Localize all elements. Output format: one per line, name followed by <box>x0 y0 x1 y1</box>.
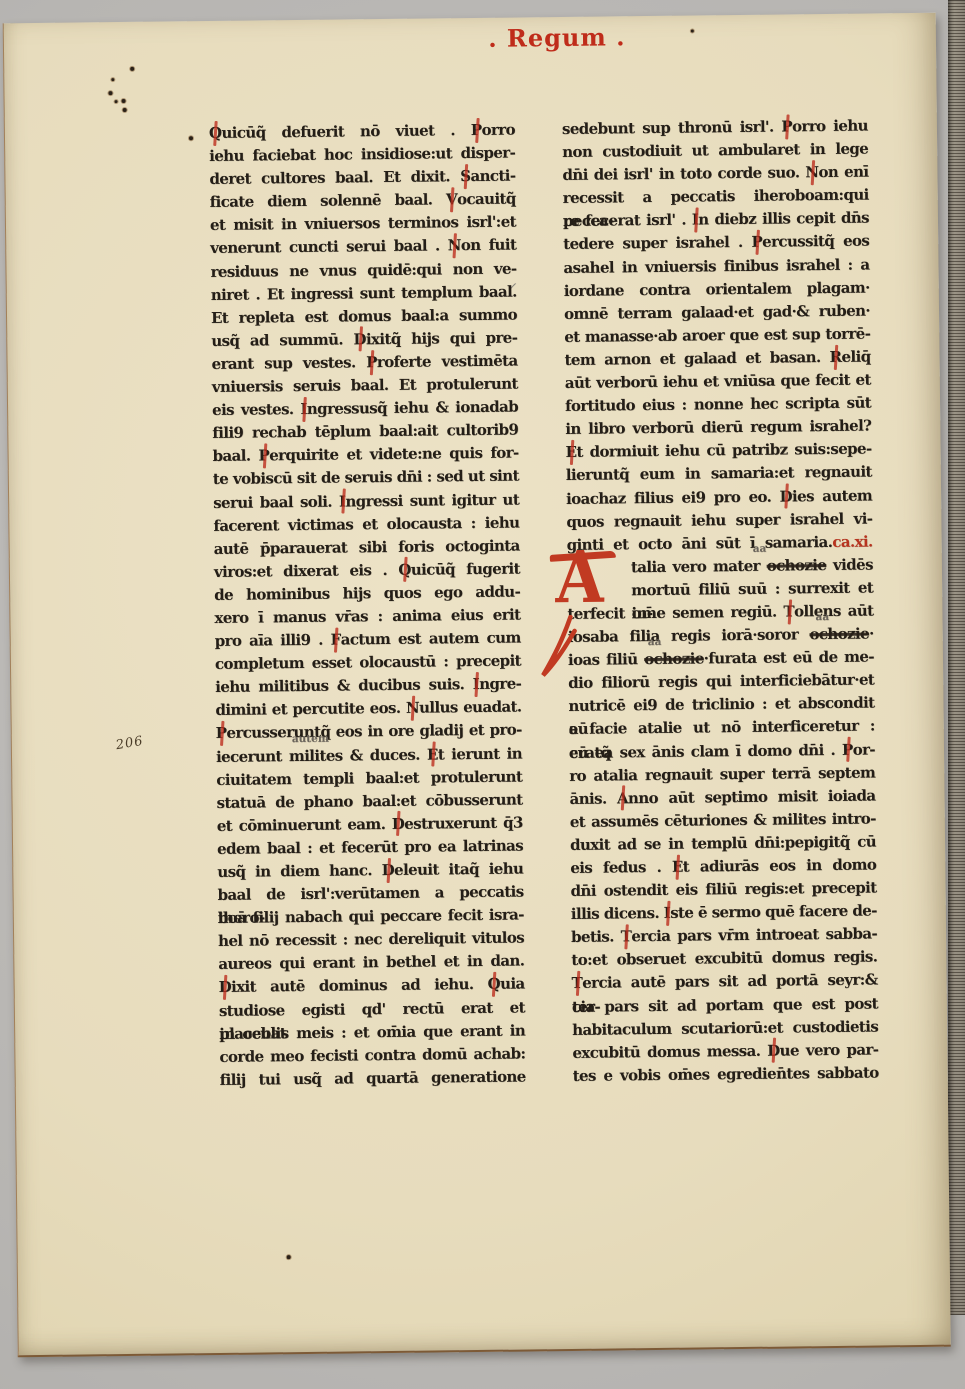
red-chapter-marker: ca.xi. <box>832 532 873 550</box>
text-line: Et dormiuit iehu cū patribz suis:sepe- <box>565 438 871 465</box>
text-line: studiose egisti qd' rectū erat et placeb… <box>219 996 525 1023</box>
text-line: xero ī manus vr̄as : anima eius erit <box>214 603 520 630</box>
interlinear-correction: aa <box>815 612 829 623</box>
text-line: et misit in vniuersos terminos isrl':et <box>210 211 516 238</box>
text-line: tedere super israhel . Percussitq̃ eos <box>563 230 869 257</box>
rubricated-capital: T <box>571 972 582 995</box>
rubricated-capital: E <box>672 856 683 879</box>
rubricated-capital: N <box>448 235 461 258</box>
text-line: vniuersis seruis baal. Et protulerunt <box>212 373 518 400</box>
rubricated-capital: D <box>392 813 405 836</box>
rubricated-capital: S <box>460 165 470 188</box>
book-fore-edge-pages <box>948 0 965 1315</box>
wormhole <box>691 30 694 33</box>
struck-word: ochozie <box>809 625 869 644</box>
text-line: autē p̄parauerat sibi foris octoginta <box>214 534 520 561</box>
text-line: venerunt cuncti serui baal . Non fuit <box>210 234 516 261</box>
text-line: iecerunt milites & duces. Et ierunt in <box>216 742 522 769</box>
text-line: aūt verborū iehu et vniūsa que fecit et <box>565 369 871 396</box>
text-line: cia pars sit ad portam que est post <box>572 992 878 1019</box>
text-line: betis. Tercia pars vr̄m introeat sabba- <box>571 923 877 950</box>
text-line: usq̃ ad summū. Dixitq̃ hijs qui pre- <box>211 326 517 353</box>
rubricated-capital: V <box>446 188 457 211</box>
text-line: viros:et dixerat eis . Quicūq̃ fugerit <box>214 557 520 584</box>
text-line: de hominibus hijs quos ego addu- <box>214 580 520 607</box>
text-line: eis vestes. Ingressusq̃ iehu & ionadab <box>212 396 518 423</box>
text-line: Et repleta est domus baal:a summo <box>211 303 517 330</box>
text-line: iordane contra orientalem plagam· <box>564 276 870 303</box>
text-line: pro aīa illi9 . Factum est autem cum <box>215 627 521 654</box>
text-line: boā filij nabach qui peccare fecit isra- <box>218 904 524 931</box>
interlinear-correction: aa <box>753 544 767 555</box>
text-line: sedebunt sup thronū isrl'. Porro iehu <box>562 115 868 142</box>
rubricated-capital: N <box>406 697 419 720</box>
rubricated-capital: P <box>781 115 792 138</box>
text-line: filij tui usq̃ ad quartā generatione <box>220 1065 526 1092</box>
text-line: ciuitatem templi baal:et protulerunt <box>216 765 522 792</box>
text-line: cū ea sex ānis clam ī domo dn̄i . Por- <box>569 738 875 765</box>
text-line: fortitudo eius : nonne hec scripta sūt <box>565 392 871 419</box>
rubricated-capital: I <box>664 902 671 925</box>
text-line: erant sup vestes. Proferte vestimēta <box>211 349 517 376</box>
text-line: Quicūq̃ defuerit nō viuet . Porro <box>209 119 515 146</box>
text-line: deret cultores baal. Et dixit. Sancti- <box>209 165 515 192</box>
text-line: tes e vobis om̄es egredien̄tes sabbato <box>573 1061 879 1088</box>
text-line: ro atalia regnauit super terrā septem <box>569 761 875 788</box>
text-line: statuā de phano baal:et cōbusserunt <box>216 788 522 815</box>
text-line: asahel in vniuersis finibus israhel : a <box>563 253 869 280</box>
text-line: iehu faciebat hoc insidiose:ut disper- <box>209 142 515 169</box>
manuscript-page: . Regum . 206 ✓ Quicūq̃ defuerit nō viue… <box>3 13 951 1357</box>
text-line: baal de isrl':verūtamen a peccatis ihero… <box>217 881 523 908</box>
text-line: et manasse·ab aroer que est sup torrē- <box>564 322 870 349</box>
text-line: dn̄i ostendit eis filiū regis:et precepi… <box>570 877 876 904</box>
text-line: et cōminuerunt eam. Destruxerunt q̄3 <box>217 811 523 838</box>
interlinear-correction: autem <box>292 733 329 744</box>
rubricated-capital: D <box>219 976 232 999</box>
rubricated-capital: P <box>471 119 482 142</box>
chapter-initial-A: A <box>550 550 630 711</box>
text-line: eis fedus . Et adiurās eos in domo <box>570 853 876 880</box>
text-line: corde meo fecisti contra domū achab: <box>219 1042 525 1069</box>
initial-letter: A <box>555 542 604 614</box>
wormhole <box>108 91 112 95</box>
text-line: illis dicens. Iste ē sermo quē facere de… <box>571 900 877 927</box>
text-line: facerent victimas et olocausta : iehu <box>213 511 519 538</box>
text-line: tem arnon et galaad et basan. Reliq̄ <box>564 345 870 372</box>
rubricated-capital: D <box>353 328 366 351</box>
wormholes <box>4 13 936 24</box>
photo-backdrop: . Regum . 206 ✓ Quicūq̃ defuerit nō viue… <box>0 0 965 1389</box>
text-line: lieruntq̃ eum in samaria:et regnauit <box>566 461 872 488</box>
text-line: iehu militibus & ducibus suis. Ingre- <box>215 673 521 700</box>
text-line: baal. Perquirite et videte:ne quis for- <box>212 442 518 469</box>
rubricated-capital: A <box>617 787 628 810</box>
rubricated-capital: F <box>330 629 340 652</box>
text-line: Tercia autē pars sit ad portā seyr:& ter… <box>571 969 877 996</box>
text-line: dn̄i dei isrl' in toto corde suo. Non en… <box>562 161 868 188</box>
struck-word: ochozie <box>767 556 827 575</box>
text-line: duxit ad se in templū dn̄i:pepigitq̃ cū <box>570 830 876 857</box>
text-line: in libro verborū dierū regum israhel? <box>565 415 871 442</box>
rubricated-capital: T <box>621 926 632 949</box>
text-line: to:et obseruet excubitū domus regis. <box>571 946 877 973</box>
text-line: omnē terram galaad·et gad·& ruben· <box>564 299 870 326</box>
wormhole <box>130 67 134 71</box>
text-line: in oculis meis : et om̄ia que erant in <box>219 1019 525 1046</box>
rubricated-capital: P <box>366 351 377 374</box>
text-line: ficate diem solennē baal. Vocauitq̃ <box>210 188 516 215</box>
text-line: aureos qui erant in bethel et in dan. <box>218 950 524 977</box>
text-line: fili9 rechab tēplum baal:ait cultorib9 <box>212 419 518 446</box>
rubricated-capital: I <box>473 673 480 696</box>
initial-tail-flourish <box>536 615 597 706</box>
wormhole <box>287 1255 291 1259</box>
text-line: ānis. Anno aūt septimo misit ioiada <box>569 784 875 811</box>
text-line: residuus ne vnus quidē:qui non ve- <box>210 257 516 284</box>
text-line: niret . Et ingressi sunt templum baal. <box>211 280 517 307</box>
wormhole <box>111 78 114 81</box>
text-line: excubitū domus messa. Due vero par- <box>572 1038 878 1065</box>
interlinear-correction: aa <box>648 637 662 648</box>
rubricated-capital: P <box>751 231 762 254</box>
text-line: hel nō recessit : nec dereliquit vitulos <box>218 927 524 954</box>
rubricated-capital: R <box>829 346 841 369</box>
text-line: a facie atalie ut nō interficeretur : er… <box>569 715 875 742</box>
struck-word: ochozie <box>644 650 704 669</box>
rubricated-capital: E <box>565 441 576 464</box>
wormhole <box>115 100 118 103</box>
text-line: te vobiscū sit de seruis dn̄i : sed ut s… <box>213 465 519 492</box>
rubricated-capital: I <box>300 398 307 421</box>
rubricated-capital: D <box>382 859 395 882</box>
text-line: edem baal : et fecerūt pro ea latrinas <box>217 834 523 861</box>
rubricated-capital: N <box>805 161 818 184</box>
wormhole <box>189 136 193 140</box>
wormhole <box>122 99 126 103</box>
folio-number-annotation: 206 <box>115 734 145 753</box>
text-column-left: Quicūq̃ defuerit nō viuet . Porroiehu fa… <box>209 119 526 1092</box>
running-head: . Regum . <box>472 22 642 53</box>
text-line: non custodiuit ut ambularet in lege <box>562 138 868 165</box>
rubricated-capital: I <box>339 490 346 513</box>
rubricated-capital: Q <box>398 559 411 582</box>
text-line: Percusseruntq̃ eos in ore gladij et pro- <box>216 719 522 746</box>
text-line: Dixit autē dominus ad iehu. Quia <box>219 973 525 1000</box>
text-line: quos regnauit iehu super israhel vi- <box>566 507 872 534</box>
wormhole <box>123 108 127 112</box>
text-line: recessit a peccatis iheroboam:qui pecca- <box>563 184 869 211</box>
rubricated-capital: Q <box>209 122 222 145</box>
rubricated-capital: E <box>427 743 438 766</box>
text-line: serui baal soli. Ingressi sunt igitur ut <box>213 488 519 515</box>
rubricated-capital: I <box>692 209 699 232</box>
text-line: dimini et percutite eos. Nullus euadat. <box>215 696 521 723</box>
text-line: re fecerat isrl' . In diebz illis cepit … <box>563 207 869 234</box>
rubricated-capital: D <box>767 1039 780 1062</box>
rubricated-capital: P <box>216 722 227 745</box>
rubricated-capital: P <box>258 445 269 468</box>
rubricated-capital: Q <box>487 973 500 996</box>
text-line: et assumēs cēturiones & milites intro- <box>570 807 876 834</box>
text-line: ioachaz filius ei9 pro eo. Dies autem <box>566 484 872 511</box>
rubricated-capital: T <box>783 600 794 623</box>
text-line: usq̃ in diem hanc. Deleuit itaq̃ iehu <box>217 857 523 884</box>
text-line: habitaculum scutariorū:et custodietis <box>572 1015 878 1042</box>
rubricated-capital: P <box>842 738 853 761</box>
rubricated-capital: D <box>779 485 792 508</box>
